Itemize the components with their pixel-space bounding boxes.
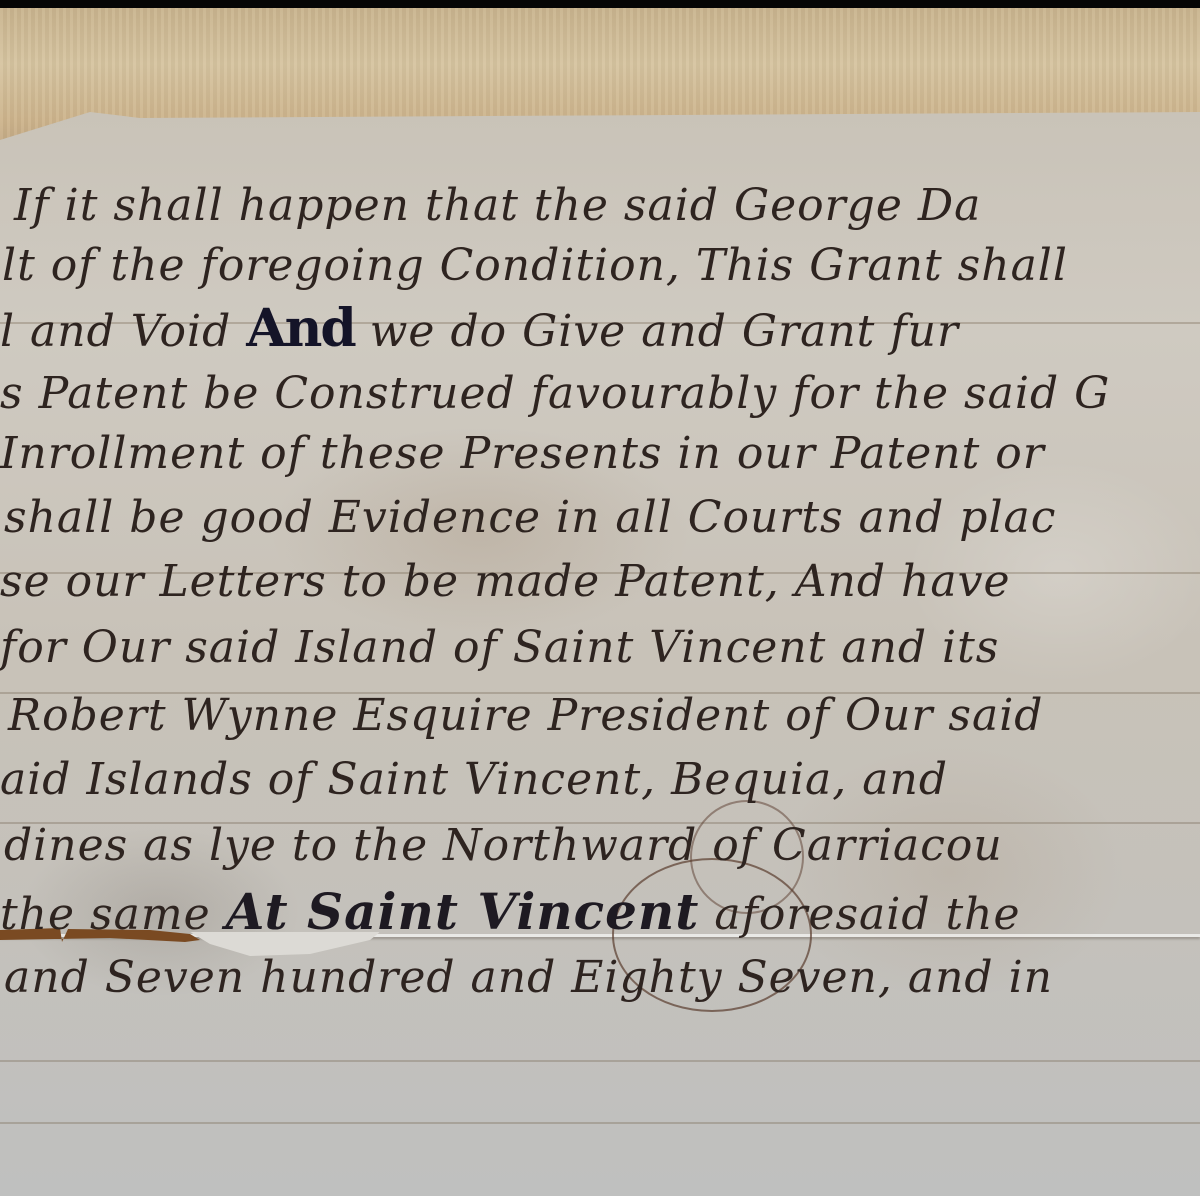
document-line-3: l and Void And we do Give and Grant fur [0,298,959,359]
line-12-end: aforesaid the [714,889,1020,940]
document-line-10: aid Islands of Saint Vincent, Bequia, an… [0,754,948,805]
ruled-line [0,1122,1200,1124]
line-12-start: the same [0,889,211,940]
ruled-line [0,1060,1200,1062]
document-line-9: Robert Wynne Esquire President of Our sa… [8,690,1043,741]
document-line-5: Inrollment of these Presents in our Pate… [0,428,1045,479]
line-3-end: we do Give and Grant fur [370,306,959,357]
document-line-12: the same At Saint Vincent aforesaid the [0,882,1021,941]
document-line-6: shall be good Evidence in all Courts and… [4,492,1056,543]
document-line-13: and Seven hundred and Eighty Seven, and … [4,952,1053,1003]
document-line-8: for Our said Island of Saint Vincent and… [0,622,999,673]
top-border [0,0,1200,8]
document-line-1: If it shall happen that the said George … [14,180,981,231]
blackletter-and: And [246,298,355,359]
document-line-4: s Patent be Construed favourably for the… [0,368,1110,419]
document-line-2: lt of the foregoing Condition, This Gran… [2,240,1068,291]
document-line-7: se our Letters to be made Patent, And ha… [0,556,1011,607]
place-heading: At Saint Vincent [226,882,700,941]
line-3-start: l and Void [0,306,231,357]
document-line-11: dines as lye to the Northward of Carriac… [4,820,1003,871]
